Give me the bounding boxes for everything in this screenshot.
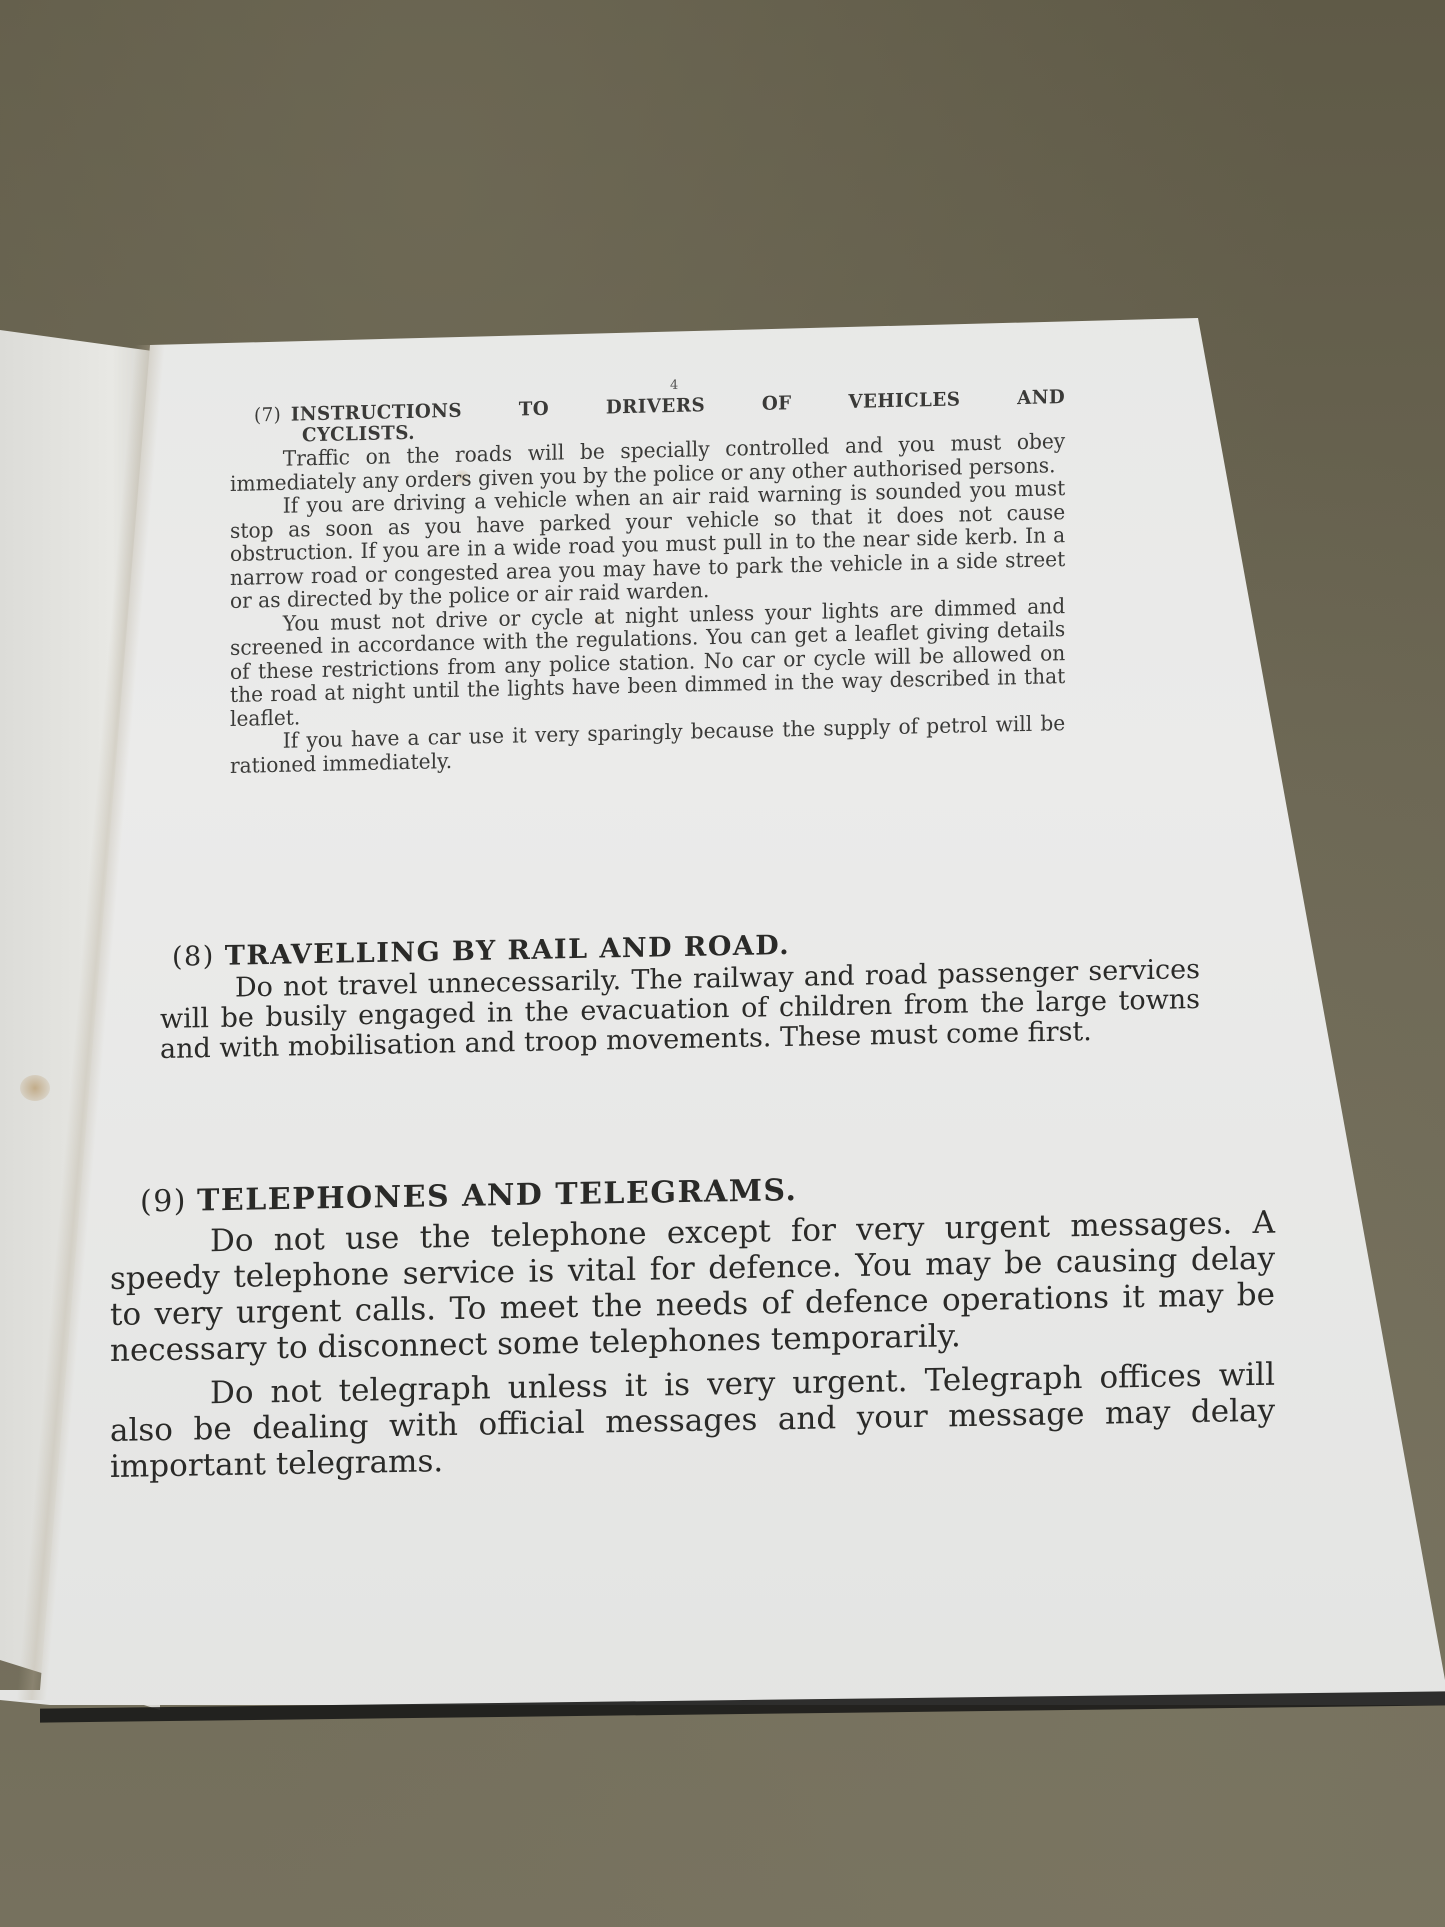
page-number: 4 <box>670 378 678 393</box>
section-9-telephones: (9)TELEPHONES AND TELEGRAMS. Do not use … <box>110 1165 1275 1493</box>
section-8-travelling: (8)TRAVELLING BY RAIL AND ROAD. Do not t… <box>160 923 1200 1065</box>
paragraph: Do not telegraph unless it is very urgen… <box>110 1357 1275 1485</box>
paragraph: You must not drive or cycle at night unl… <box>230 595 1065 731</box>
paragraph: If you are driving a vehicle when an air… <box>230 477 1065 613</box>
section-number: (7) <box>254 404 281 427</box>
paragraph: Do not use the telephone except for very… <box>110 1205 1275 1369</box>
section-7-drivers-cyclists: (7)INSTRUCTIONS TO DRIVERS OF VEHICLES A… <box>230 386 1065 778</box>
section-number: (9) <box>140 1184 187 1220</box>
section-number: (8) <box>172 941 215 973</box>
paper-stain <box>20 1075 50 1101</box>
